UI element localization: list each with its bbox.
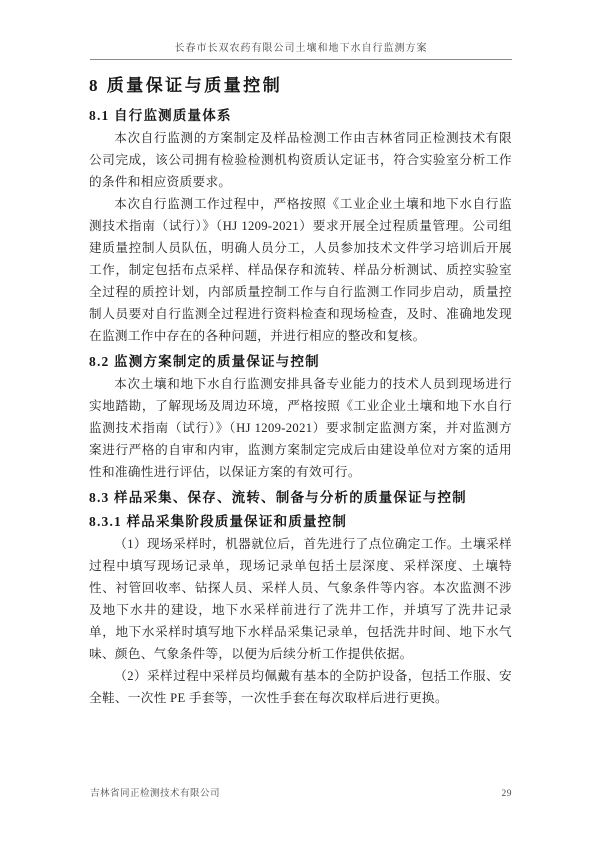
page-footer: 吉林省同正检测技术有限公司 29 bbox=[90, 785, 512, 799]
document-content: 8 质量保证与质量控制 8.1 自行监测质量体系本次自行监测的方案制定及样品检测… bbox=[89, 68, 512, 709]
body-paragraph: （1）现场采样时，机器就位后，首先进行了点位确定工作。土壤采样过程中填写现场记录… bbox=[89, 533, 512, 665]
section-heading: 8.3.1 样品采集阶段质量保证和质量控制 bbox=[89, 512, 512, 531]
section-heading: 8.2 监测方案制定的质量保证与控制 bbox=[89, 352, 512, 371]
body-paragraph: 本次土壤和地下水自行监测安排具备专业能力的技术人员到现场进行实地踏勘，了解现场及… bbox=[89, 373, 512, 483]
footer-page-number: 29 bbox=[502, 789, 513, 799]
section-heading: 8.1 自行监测质量体系 bbox=[89, 106, 512, 125]
chapter-title: 8 质量保证与质量控制 bbox=[89, 74, 512, 98]
body-paragraph: （2）采样过程中采样员均佩戴有基本的全防护设备，包括工作服、安全鞋、一次性 PE… bbox=[89, 665, 512, 709]
body-paragraph: 本次自行监测的方案制定及样品检测工作由吉林省同正检测技术有限公司完成，该公司拥有… bbox=[89, 127, 512, 193]
body-paragraph: 本次自行监测工作过程中，严格按照《工业企业土壤和地下水自行监测技术指南（试行）》… bbox=[89, 193, 512, 347]
section-heading: 8.3 样品采集、保存、流转、制备与分析的质量保证与控制 bbox=[89, 488, 512, 507]
document-page: 长春市长双农药有限公司土壤和地下水自行监测方案 8 质量保证与质量控制 8.1 … bbox=[0, 0, 600, 848]
page-header: 长春市长双农药有限公司土壤和地下水自行监测方案 bbox=[90, 39, 512, 60]
footer-company-name: 吉林省同正检测技术有限公司 bbox=[90, 785, 220, 799]
document-sections: 8.1 自行监测质量体系本次自行监测的方案制定及样品检测工作由吉林省同正检测技术… bbox=[89, 106, 512, 709]
running-header-title: 长春市长双农药有限公司土壤和地下水自行监测方案 bbox=[175, 43, 428, 54]
